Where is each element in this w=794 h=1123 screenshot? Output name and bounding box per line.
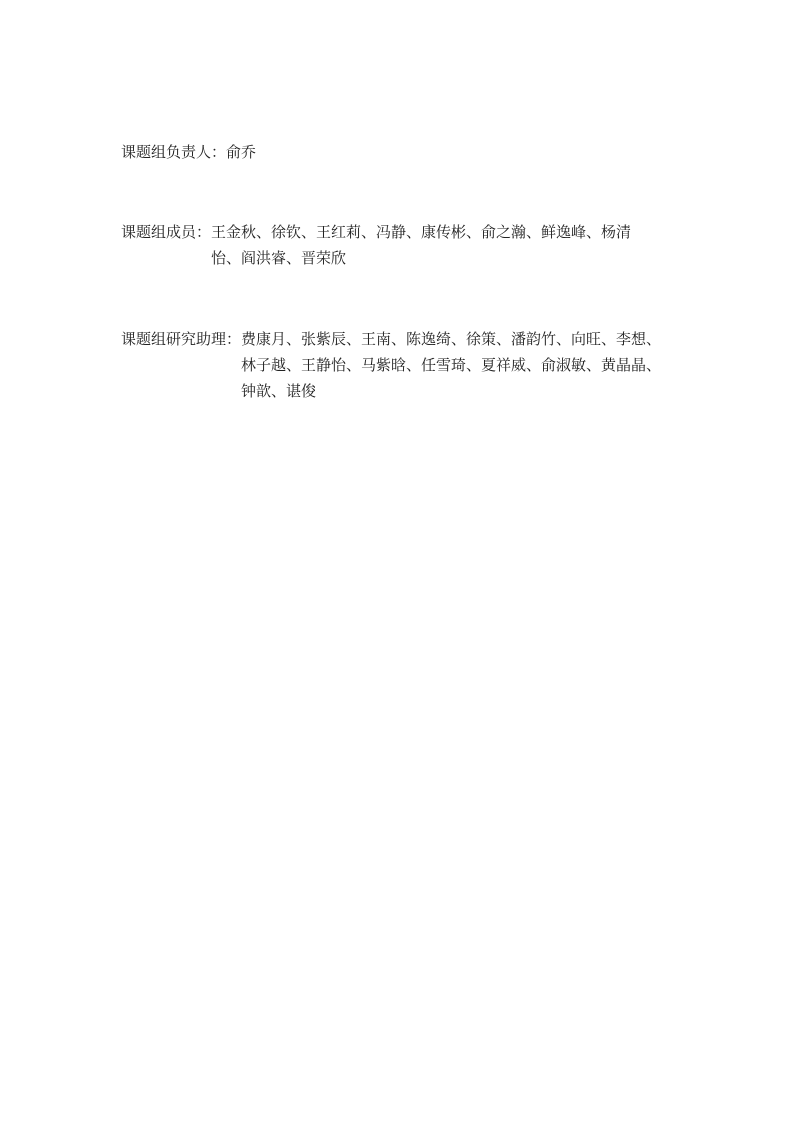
document-page: 课题组负责人： 俞乔 课题组成员： 王金秋、徐钦、王红莉、冯静、康传彬、俞之瀚、… — [0, 0, 794, 1123]
research-assistants-entry: 课题组研究助理： 费康月、张紫辰、王南、陈逸绮、徐策、潘韵竹、向旺、李想、林子越… — [121, 326, 661, 404]
research-assistants-label: 课题组研究助理： — [121, 326, 241, 352]
research-assistants-names: 费康月、张紫辰、王南、陈逸绮、徐策、潘韵竹、向旺、李想、林子越、王静怡、马紫晗、… — [241, 326, 661, 404]
project-leader-name: 俞乔 — [226, 139, 256, 165]
project-members-names: 王金秋、徐钦、王红莉、冯静、康传彬、俞之瀚、鲜逸峰、杨清怡、阎洪睿、晋荣欣 — [211, 219, 641, 271]
project-leader-entry: 课题组负责人： 俞乔 — [121, 139, 256, 165]
project-leader-label: 课题组负责人： — [121, 139, 226, 165]
project-members-label: 课题组成员： — [121, 219, 211, 245]
project-members-entry: 课题组成员： 王金秋、徐钦、王红莉、冯静、康传彬、俞之瀚、鲜逸峰、杨清怡、阎洪睿… — [121, 219, 641, 271]
